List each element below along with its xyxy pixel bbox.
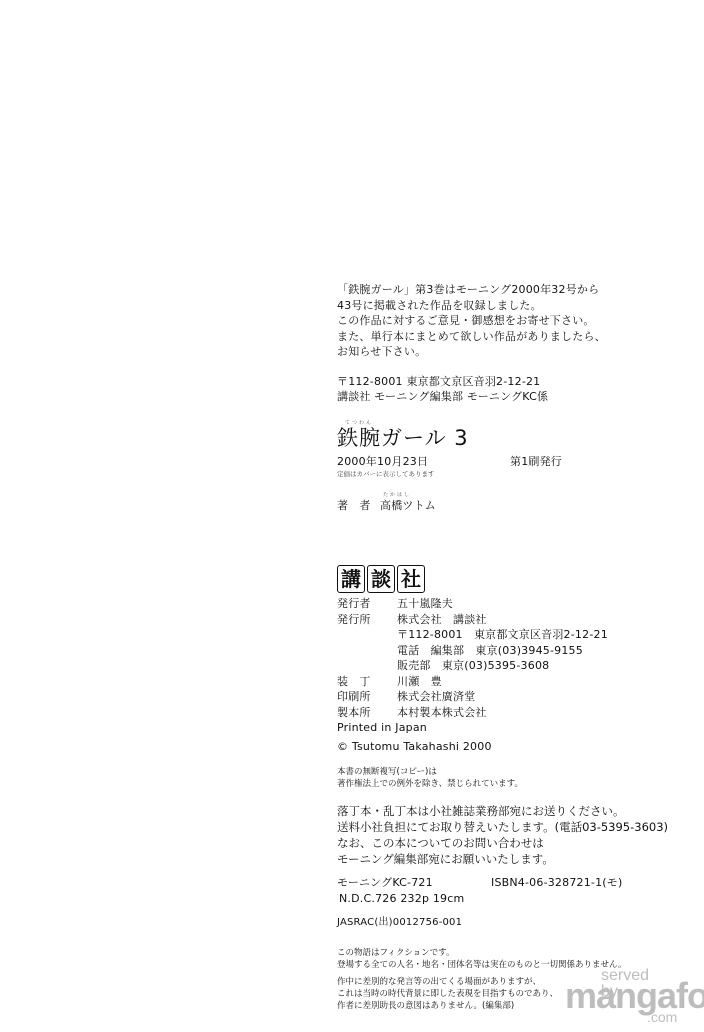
notice-line: モーニング編集部宛にお願いいたします。 bbox=[337, 851, 668, 867]
publisher-row: 装 丁川瀬 豊 bbox=[337, 674, 608, 690]
publisher-row: 発行所株式会社 講談社 bbox=[337, 612, 608, 628]
publisher-row: 印刷所株式会社廣済堂 bbox=[337, 689, 608, 705]
publisher-row: 販売部 東京(03)5395-3608 bbox=[337, 658, 608, 674]
copyright: © Tsutomu Takahashi 2000 bbox=[337, 739, 492, 755]
intro-line: お知らせ下さい。 bbox=[337, 344, 606, 360]
publisher-row: 電話 編集部 東京(03)3945-9155 bbox=[337, 643, 608, 659]
row-value: 販売部 東京(03)5395-3608 bbox=[397, 658, 549, 674]
notice-line: 落丁本・乱丁本は小社雑誌業務部宛にお送りください。 bbox=[337, 803, 668, 819]
disclaimer-line: 登場する全ての人名・地名・団体名等は実在のものと一切関係ありません。 bbox=[337, 959, 627, 971]
jasrac: JASRAC(出)0012756-001 bbox=[337, 915, 622, 931]
row-label bbox=[337, 658, 397, 674]
row-label: 発行所 bbox=[337, 612, 397, 628]
row-value: 五十嵐隆夫 bbox=[397, 596, 453, 612]
isbn: ISBN4-06-328721-1(モ) bbox=[491, 875, 622, 891]
ndc: N.D.C.726 232p 19cm bbox=[337, 891, 622, 907]
publisher-row: 〒112-8001 東京都文京区音羽2-12-21 bbox=[337, 627, 608, 643]
logo-char: 談 bbox=[367, 565, 395, 593]
row-label: 装 丁 bbox=[337, 674, 397, 690]
author-label: 著 者 bbox=[337, 498, 380, 514]
copy-notice: 本書の無断複写(コピー)は 著作権法上での例外を除き、禁じられています。 bbox=[337, 766, 523, 790]
notice-line: 著作権法上での例外を除き、禁じられています。 bbox=[337, 778, 523, 790]
logo-char: 講 bbox=[337, 565, 365, 593]
disclaimer-line: この物語はフィクションです。 bbox=[337, 947, 627, 959]
kodansha-logo: 講 談 社 bbox=[337, 565, 608, 593]
row-value: 川瀬 豊 bbox=[397, 674, 442, 690]
issue-date: 2000年10月23日 bbox=[337, 454, 510, 470]
printed-in-japan: Printed in Japan bbox=[337, 720, 608, 736]
row-value: 株式会社廣済堂 bbox=[397, 689, 475, 705]
row-label: 印刷所 bbox=[337, 689, 397, 705]
series-code: モーニングKC-721 bbox=[337, 875, 491, 891]
mailing-address: 〒112-8001 東京都文京区音羽2-12-21 bbox=[337, 374, 606, 390]
publisher-row: 製本所本村製本株式会社 bbox=[337, 705, 608, 721]
book-title: 鉄腕ガール 3 bbox=[337, 426, 562, 450]
row-value: 株式会社 講談社 bbox=[397, 612, 487, 628]
edition: 第1刷発行 bbox=[510, 454, 562, 470]
notice-line: 本書の無断複写(コピー)は bbox=[337, 766, 523, 778]
mailing-recipient: 講談社 モーニング編集部 モーニングKC係 bbox=[337, 389, 606, 405]
price-note: 定価はカバーに表示してあります bbox=[337, 470, 562, 478]
author-row: 著 者 高橋ツトム bbox=[337, 498, 562, 514]
author-name: 高橋ツトム bbox=[380, 498, 436, 514]
intro-line: この作品に対するご意見・御感想をお寄せ下さい。 bbox=[337, 313, 606, 329]
catalog-row: モーニングKC-721 ISBN4-06-328721-1(モ) bbox=[337, 875, 622, 891]
return-notice: 落丁本・乱丁本は小社雑誌業務部宛にお送りください。 送料小社負担にてお取り替えい… bbox=[337, 803, 668, 867]
intro-block: 「鉄腕ガール」第3巻はモーニング2000年32号から 43号に掲載された作品を収… bbox=[337, 282, 606, 405]
intro-line: また、単行本にまとめて欲しい作品がありましたら、 bbox=[337, 329, 606, 345]
row-value: 〒112-8001 東京都文京区音羽2-12-21 bbox=[397, 627, 608, 643]
intro-line: 「鉄腕ガール」第3巻はモーニング2000年32号から bbox=[337, 282, 606, 298]
row-value: 本村製本株式会社 bbox=[397, 705, 487, 721]
publisher-row: 発行者五十嵐隆夫 bbox=[337, 596, 608, 612]
row-label bbox=[337, 643, 397, 659]
notice-line: なお、この本についてのお問い合わせは bbox=[337, 835, 668, 851]
notice-line: 送料小社負担にてお取り替えいたします。(電話03-5395-3603) bbox=[337, 819, 668, 835]
intro-line: 43号に掲載された作品を収録しました。 bbox=[337, 298, 606, 314]
row-value: 電話 編集部 東京(03)3945-9155 bbox=[397, 643, 583, 659]
row-label: 発行者 bbox=[337, 596, 397, 612]
watermark-logo: mangafox bbox=[565, 978, 704, 1014]
row-label bbox=[337, 627, 397, 643]
watermark-line: .com bbox=[647, 1010, 677, 1024]
row-label: 製本所 bbox=[337, 705, 397, 721]
title-block: てつわん 鉄腕ガール 3 2000年10月23日 第1刷発行 定価はカバーに表示… bbox=[337, 420, 562, 513]
issue-row: 2000年10月23日 第1刷発行 bbox=[337, 454, 562, 470]
catalog-block: モーニングKC-721 ISBN4-06-328721-1(モ) N.D.C.7… bbox=[337, 875, 622, 931]
logo-char: 社 bbox=[397, 565, 425, 593]
publisher-block: 講 談 社 発行者五十嵐隆夫 発行所株式会社 講談社 〒112-8001 東京都… bbox=[337, 565, 608, 736]
